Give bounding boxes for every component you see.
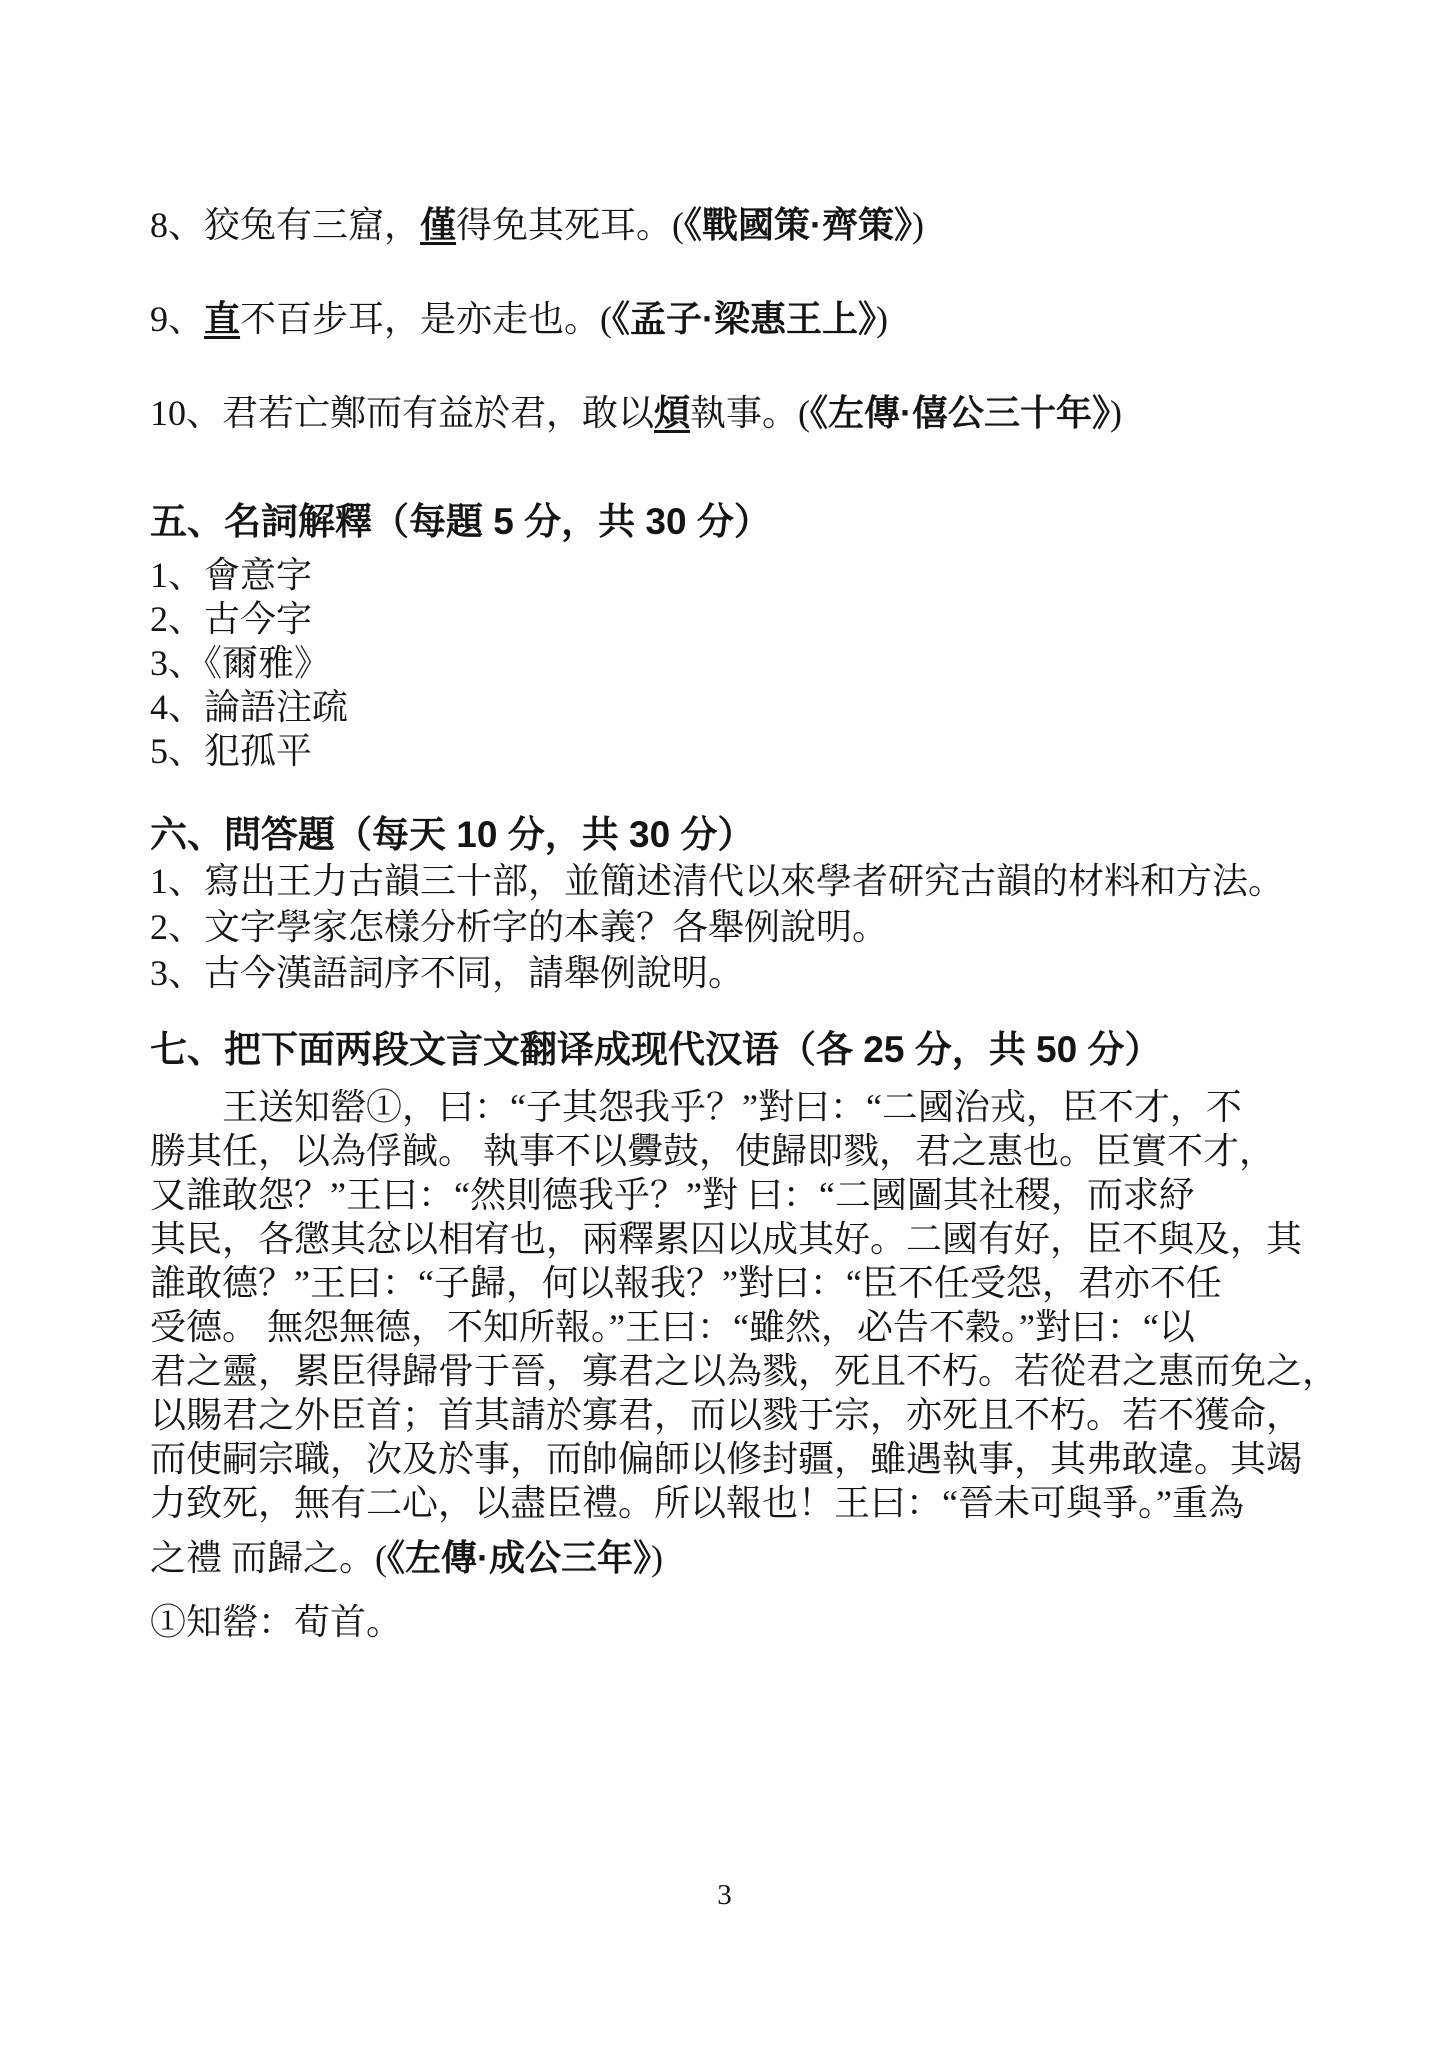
sentence-text: ) <box>651 1538 663 1578</box>
term-item: 1、會意字 <box>150 553 1345 597</box>
section6-title: 六、問答題（每天 10 分，共 30 分） <box>150 812 1345 858</box>
term-item: 3、《爾雅》 <box>150 641 1345 685</box>
sentence-text: 狡兔有三窟， <box>204 205 420 245</box>
sentence-text: ) <box>876 299 888 339</box>
page-number: 3 <box>0 1878 1449 1912</box>
question-item: 3、古今漢語詞序不同，請舉例說明。 <box>150 950 1345 996</box>
section6-question-list: 1、寫出王力古韻三十部，並簡述清代以來學者研究古韻的材料和方法。 2、文字學家怎… <box>150 858 1345 996</box>
sentence-text: ) <box>1110 393 1122 433</box>
book-citation: 《孟子·梁惠王上》 <box>612 298 876 339</box>
section5-term-list: 1、會意字 2、古今字 3、《爾雅》 4、論語注疏 5、犯孤平 <box>150 553 1345 773</box>
sentence-text: 執事。( <box>690 393 810 433</box>
book-citation: 《左傳·僖公三十年》 <box>810 392 1110 433</box>
item-number: 8、 <box>150 205 204 245</box>
section7-title: 七、把下面两段文言文翻译成现代汉语（各 25 分，共 50 分） <box>150 1027 1345 1073</box>
exercise-sentence-9: 9、直不百步耳，是亦走也。(《孟子·梁惠王上》) <box>150 297 1345 341</box>
keyword-underlined: 僅 <box>420 204 456 245</box>
question-item: 2、文字學家怎樣分析字的本義？各舉例說明。 <box>150 904 1345 950</box>
item-number: 10、 <box>150 393 222 433</box>
keyword-underlined: 煩 <box>654 392 690 433</box>
footnote: ①知罃：荀首。 <box>150 1599 1345 1645</box>
term-item: 2、古今字 <box>150 597 1345 641</box>
page-content: 8、狡兔有三窟，僅得免其死耳。(《戰國策·齊策》) 9、直不百步耳，是亦走也。(… <box>150 203 1345 1645</box>
sentence-text: 之禮 而歸之。( <box>150 1538 387 1578</box>
exam-paper-page: 8、狡兔有三窟，僅得免其死耳。(《戰國策·齊策》) 9、直不百步耳，是亦走也。(… <box>0 0 1449 2048</box>
sentence-text: ) <box>912 205 924 245</box>
translation-passage: 王送知罃①，曰：“子其怨我乎？”對曰：“二國治戎，臣不才，不 勝其任，以為俘馘。… <box>150 1085 1345 1525</box>
sentence-text: 得免其死耳。( <box>456 205 684 245</box>
question-item: 1、寫出王力古韻三十部，並簡述清代以來學者研究古韻的材料和方法。 <box>150 858 1345 904</box>
term-item: 5、犯孤平 <box>150 729 1345 773</box>
section5-title: 五、名詞解釋（每題 5 分，共 30 分） <box>150 499 1345 545</box>
item-number: 9、 <box>150 299 204 339</box>
term-item: 4、論語注疏 <box>150 685 1345 729</box>
keyword-underlined: 直 <box>204 298 240 339</box>
sentence-text: 君若亡鄭而有益於君，敢以 <box>222 393 654 433</box>
exercise-sentence-10: 10、君若亡鄭而有益於君，敢以煩執事。(《左傳·僖公三十年》) <box>150 391 1345 435</box>
exercise-sentence-8: 8、狡兔有三窟，僅得免其死耳。(《戰國策·齊策》) <box>150 203 1345 247</box>
passage-closing-line: 之禮 而歸之。(《左傳·成公三年》) <box>150 1535 1345 1581</box>
book-citation: 《左傳·成公三年》 <box>387 1537 651 1578</box>
book-citation: 《戰國策·齊策》 <box>684 204 912 245</box>
sentence-text: 不百步耳，是亦走也。( <box>240 299 612 339</box>
